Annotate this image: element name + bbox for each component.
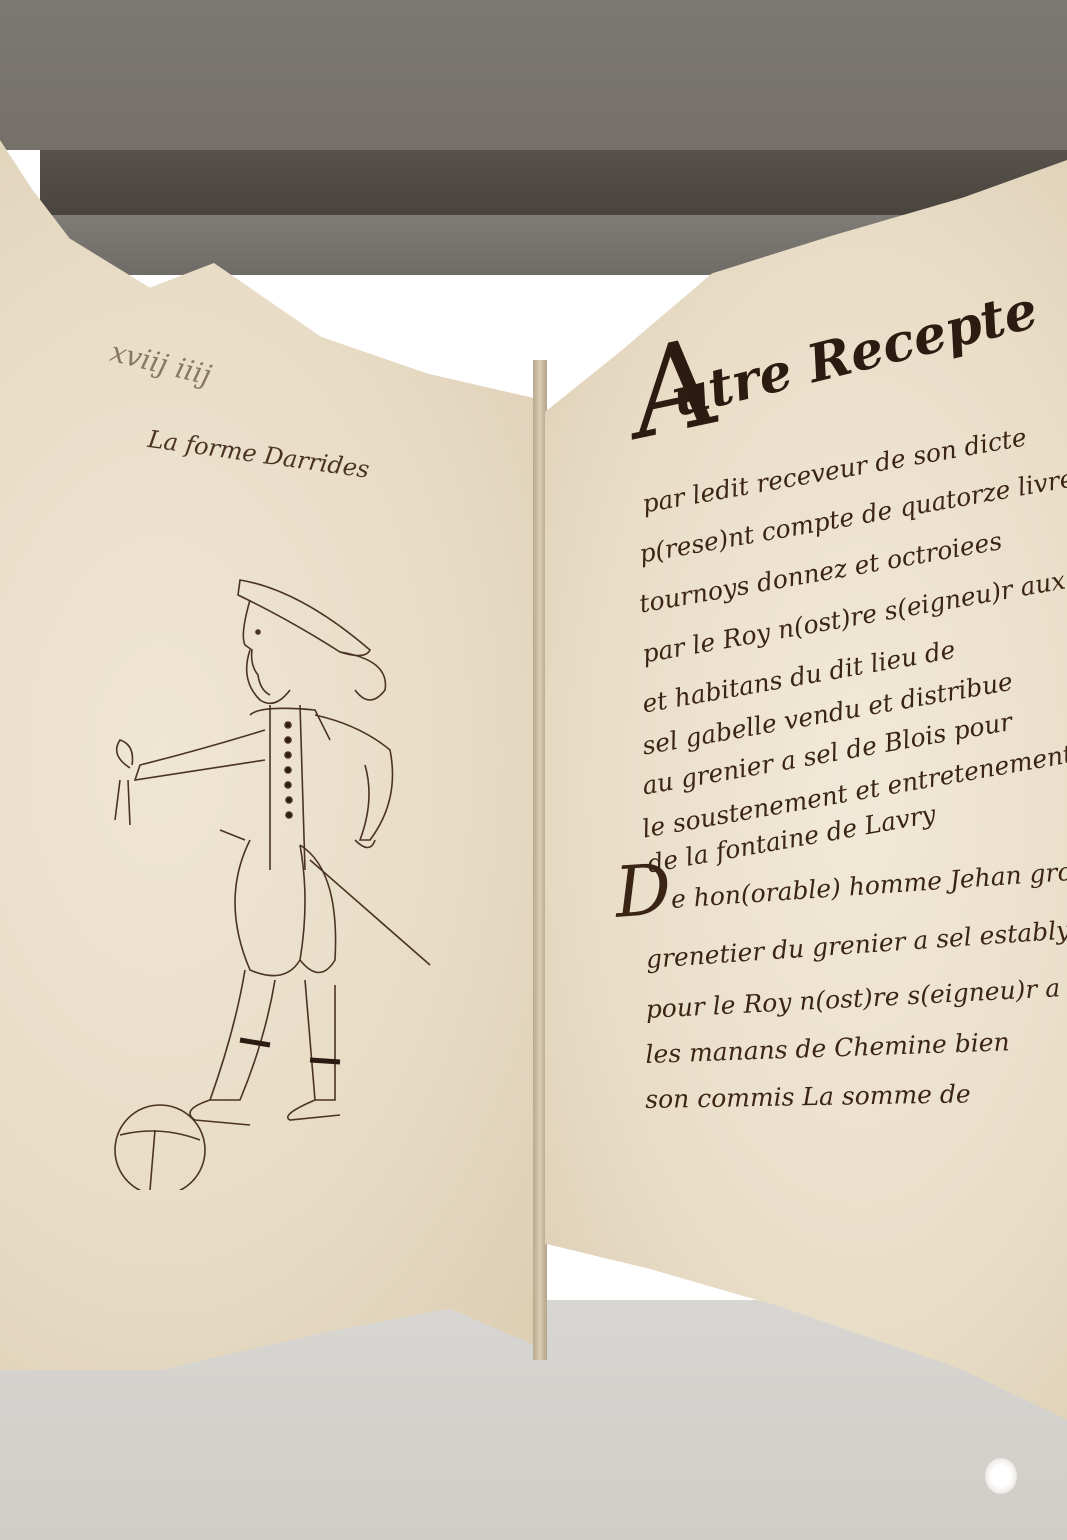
entry-line-5: son commis La somme de [645,1079,971,1114]
left-page: xviij iiij La forme Darrides [0,140,535,1370]
heading-text: utre Recepte [665,279,1044,429]
man-illustration [100,540,440,1190]
shelf-shadow [40,150,1067,215]
entry-line-2: grenetier du grenier a sel estably [645,915,1067,974]
entry-initial: D [612,848,674,934]
book-spine [533,360,547,1360]
right-page: A utre Recepte par ledit receveur de son… [545,160,1067,1420]
museum-scene: xviij iiij La forme Darrides [0,0,1067,1540]
left-page-heading-caption: La forme Darrides [146,425,371,484]
entry-line-3: pour le Roy n(ost)re s(eigneu)r a Blois … [645,968,1067,1024]
display-case-wall [0,0,1067,150]
left-page-heading-numeral: xviij iiij [107,335,215,392]
light-reflection [985,1458,1017,1494]
entry-line-4: les manans de Chemine bien [645,1027,1010,1069]
